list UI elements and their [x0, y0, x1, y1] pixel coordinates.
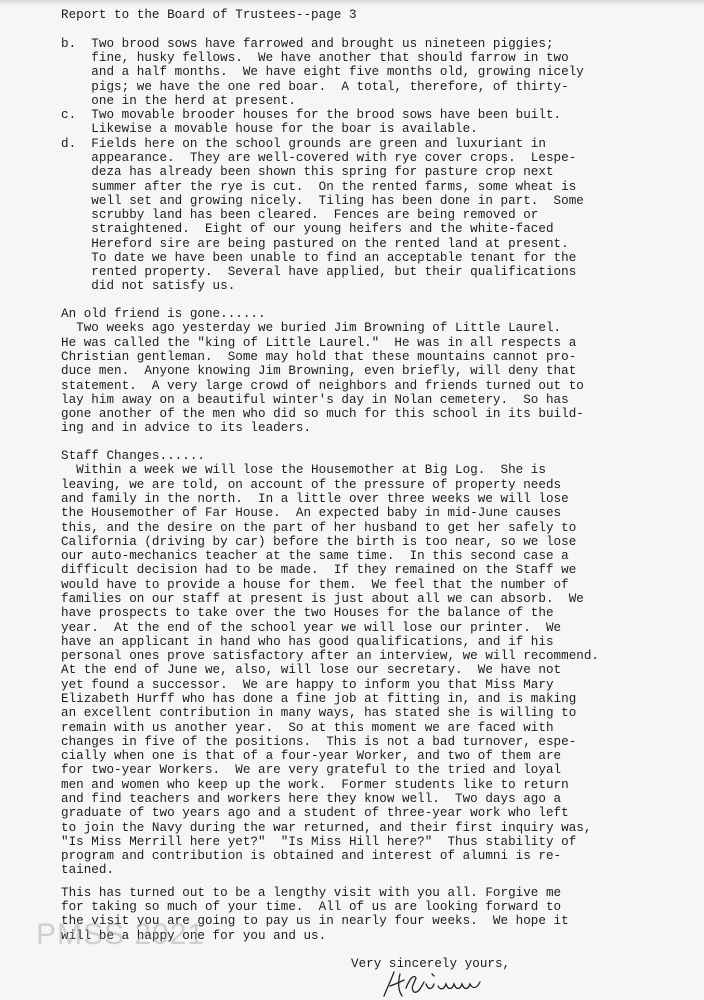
- text-line: remain with us another year. So at this …: [61, 721, 554, 735]
- text-line: Within a week we will lose the Housemoth…: [61, 463, 546, 477]
- text-line: families on our staff at present is just…: [61, 592, 584, 606]
- text-line: year. At the end of the school year we w…: [61, 621, 561, 635]
- section-heading-old-friend: An old friend is gone......: [61, 307, 266, 321]
- text-line: summer after the rye is cut. On the rent…: [61, 180, 576, 194]
- list-item-b: b. Two brood sows have farrowed and brou…: [61, 37, 554, 51]
- text-line: program and contribution is obtained and…: [61, 849, 561, 863]
- text-line: men and women who keep up the work. Form…: [61, 778, 569, 792]
- text-line: did not satisfy us.: [61, 279, 235, 293]
- list-item-c: c. Two movable brooder houses for the br…: [61, 108, 561, 122]
- text-line: ing and in advice to its leaders.: [61, 421, 311, 435]
- text-line: Two weeks ago yesterday we buried Jim Br…: [61, 321, 561, 335]
- text-line: one in the herd at present.: [61, 94, 296, 108]
- text-line: have an applicant in hand who has good q…: [61, 635, 554, 649]
- text-line: to join the Navy during the war returned…: [61, 821, 591, 835]
- text-line: Hereford sire are being pastured on the …: [61, 237, 569, 251]
- text-line: this, and the desire on the part of her …: [61, 521, 576, 535]
- text-line: rented property. Several have applied, b…: [61, 265, 576, 279]
- text-line: and family in the north. In a little ove…: [61, 492, 569, 506]
- text-line: changes in five of the positions. This i…: [61, 735, 576, 749]
- text-line: cially when one is that of a four-year W…: [61, 749, 561, 763]
- text-line: and a half months. We have eight five mo…: [61, 65, 584, 79]
- list-item-d: d. Fields here on the school grounds are…: [61, 137, 546, 151]
- text-line: Likewise a movable house for the boar is…: [61, 122, 478, 136]
- text-line: leaving, we are told, on account of the …: [61, 478, 561, 492]
- text-line: for taking so much of your time. All of …: [61, 900, 561, 914]
- text-line: straightened. Eight of our young heifers…: [61, 222, 554, 236]
- text-line: our auto-mechanics teacher at the same t…: [61, 549, 569, 563]
- text-line: statement. A very large crowd of neighbo…: [61, 379, 584, 393]
- text-line: graduate of two years ago and a student …: [61, 806, 569, 820]
- text-line: lay him away on a beautiful winter's day…: [61, 393, 569, 407]
- text-line: California (driving by car) before the b…: [61, 535, 576, 549]
- text-line: yet found a successor. We are happy to i…: [61, 678, 554, 692]
- text-line: Christian gentleman. Some may hold that …: [61, 350, 576, 364]
- text-line: scrubby land has been cleared. Fences ar…: [61, 208, 538, 222]
- text-line: Elizabeth Hurff who has done a fine job …: [61, 692, 576, 706]
- text-line: an excellent contribution in many ways, …: [61, 706, 576, 720]
- text-line: "Is Miss Merrill here yet?" "Is Miss Hil…: [61, 835, 576, 849]
- text-line: have prospects to take over the two Hous…: [61, 606, 554, 620]
- page-title: Report to the Board of Trustees--page 3: [61, 8, 357, 22]
- text-line: for two-year Workers. We are very gratef…: [61, 763, 561, 777]
- text-line: He was called the "king of Little Laurel…: [61, 336, 576, 350]
- text-line: pigs; we have the one red boar. A total,…: [61, 80, 569, 94]
- text-line: This has turned out to be a lengthy visi…: [61, 886, 561, 900]
- text-line: To date we have been unable to find an a…: [61, 251, 576, 265]
- text-line: fine, husky fellows. We have another tha…: [61, 51, 569, 65]
- watermark: PMSS 2021: [36, 918, 205, 952]
- text-line: personal ones prove satisfactory after a…: [61, 649, 599, 663]
- text-line: appearance. They are well-covered with r…: [61, 151, 576, 165]
- text-line: and find teachers and workers here they …: [61, 792, 561, 806]
- signature-image: [380, 968, 490, 1000]
- text-line: the Housemother of Far House. An expecte…: [61, 506, 561, 520]
- text-line: difficult decision had to be made. If th…: [61, 563, 576, 577]
- section-heading-staff-changes: Staff Changes......: [61, 449, 205, 463]
- text-line: well set and growing nicely. Tiling has …: [61, 194, 584, 208]
- text-line: At the end of June we, also, will lose o…: [61, 663, 561, 677]
- text-line: would have to provide a house for them. …: [61, 578, 569, 592]
- text-line: duce men. Anyone knowing Jim Browning, e…: [61, 364, 576, 378]
- page-edge: [0, 0, 704, 6]
- text-line: deza has already been shown this spring …: [61, 165, 554, 179]
- text-line: tained.: [61, 863, 114, 877]
- text-line: gone another of the men who did so much …: [61, 407, 584, 421]
